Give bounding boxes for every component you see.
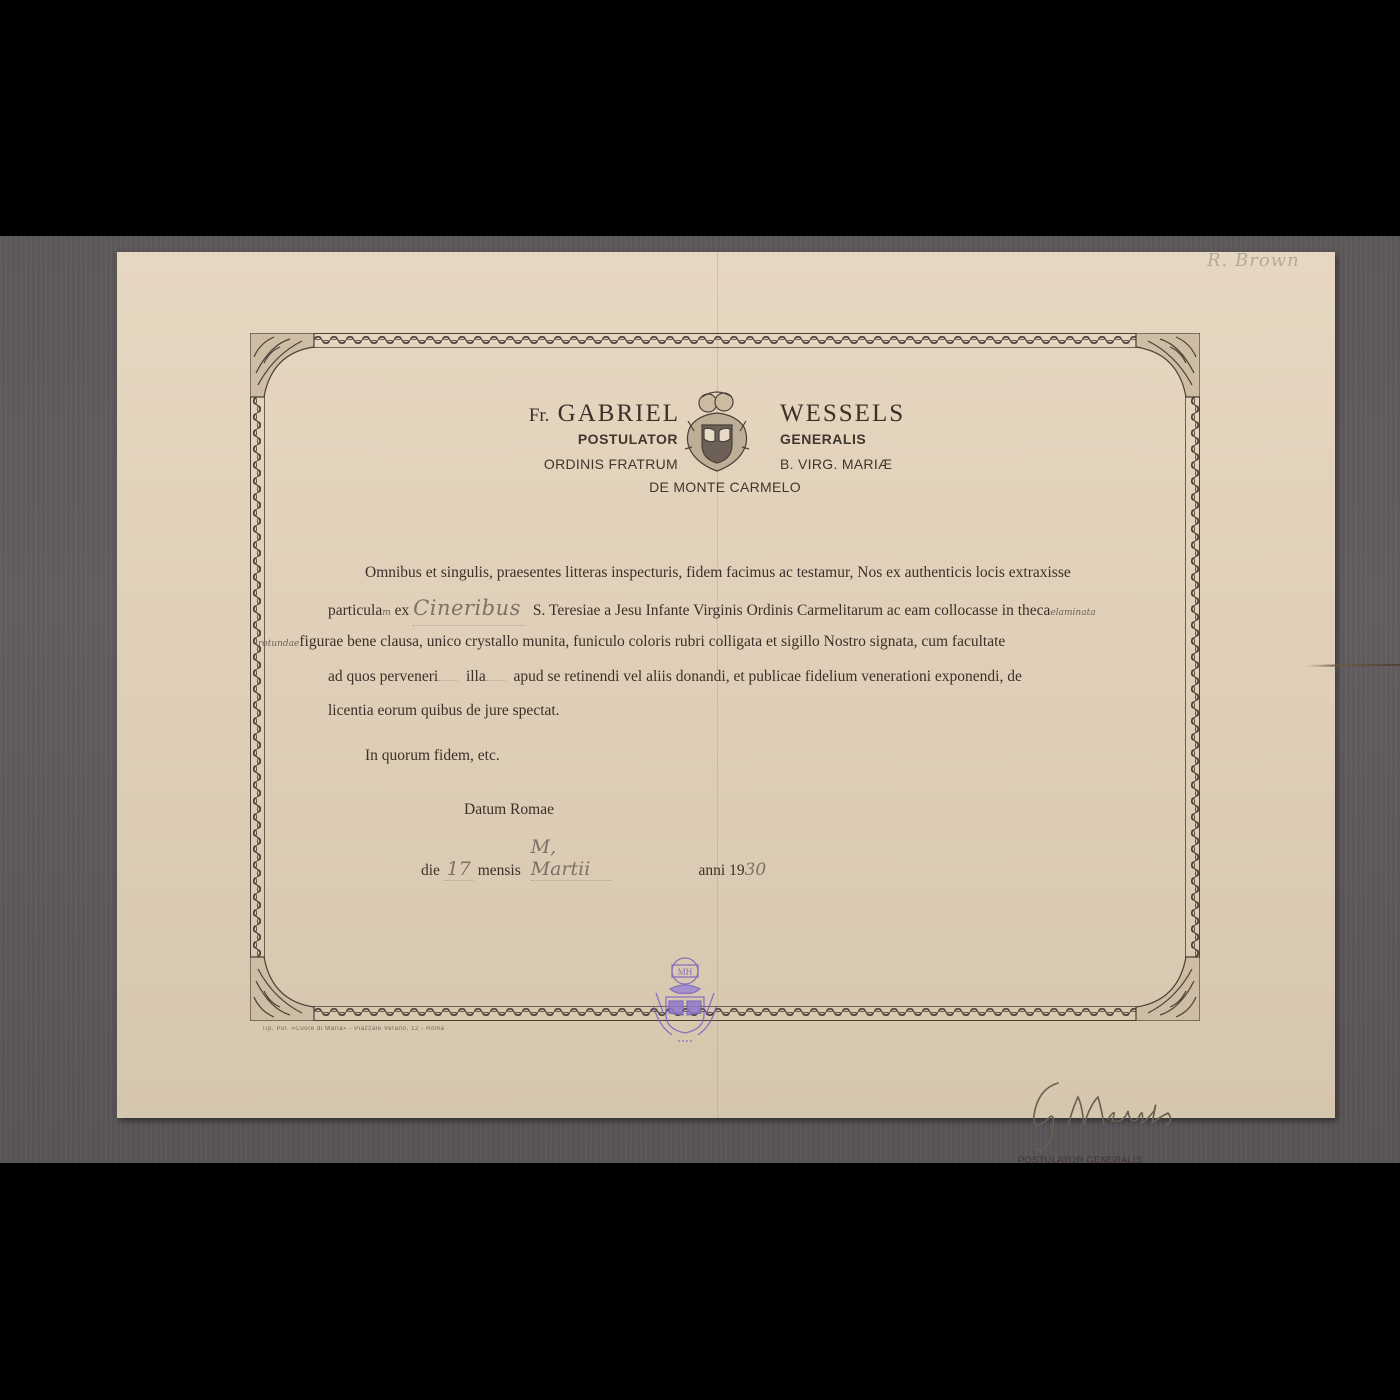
title-left: POSTULATOR — [578, 431, 678, 447]
handwritten-margin: rotundae — [258, 639, 299, 649]
certificate-body: Omnibus et singulis, praesentes litteras… — [328, 556, 1168, 773]
text-apud: apud se retinendi vel aliis donandi, et … — [514, 668, 1022, 685]
body-line-4: ad quos perveneri illa apud se retinendi… — [328, 660, 1168, 695]
purple-seal-stamp: MH — [648, 955, 722, 1050]
handwritten-month: M, Martii — [531, 836, 611, 881]
title-right: GENERALIS — [780, 431, 866, 447]
letterhead-last-name: WESSELS — [780, 400, 905, 428]
anni-label: anni — [699, 862, 726, 879]
prefix: Fr. — [529, 405, 550, 426]
seal-monogram: MH — [678, 967, 693, 977]
order-right: B. VIRG. MARIÆ — [780, 456, 892, 472]
datum-romae: Datum Romae — [464, 801, 554, 819]
signature-label: POSTULATOR GENERALIS — [1018, 1155, 1143, 1166]
handwritten-year: 30 — [745, 860, 767, 880]
body-line-3: rotundaefigurae bene clausa, unico cryst… — [258, 625, 1168, 660]
text-ex: ex — [395, 602, 410, 619]
text-figurae: figurae bene clausa, unico crystallo mun… — [299, 633, 1005, 650]
body-line-2: particulam ex Cineribus S. Teresiae a Je… — [328, 591, 1168, 626]
handwritten-relic: Cineribus — [413, 591, 525, 627]
body-line-5: licentia eorum quibus de jure spectat. — [328, 694, 1168, 729]
coat-of-arms-icon — [682, 391, 752, 477]
first-name: GABRIEL — [558, 400, 680, 427]
handwritten-signature — [1008, 1075, 1208, 1160]
text-illa: illa — [466, 668, 486, 685]
certificate-content: Fr. GABRIEL WESSELS POSTULATOR GENERALIS… — [250, 333, 1200, 1021]
text-teresia: S. Teresiae a Jesu Infante Virginis Ordi… — [533, 602, 1051, 619]
order-left: ORDINIS FRATRUM — [544, 456, 678, 472]
year-printed: 19 — [729, 862, 745, 879]
text-particula: particula — [328, 602, 382, 619]
letterhead-first-name: Fr. GABRIEL — [529, 400, 680, 428]
die-label: die — [421, 862, 440, 879]
body-line-1: Omnibus et singulis, praesentes litteras… — [328, 556, 1168, 591]
handwritten-day: 17 — [444, 858, 474, 881]
mensis-label: mensis — [478, 862, 521, 879]
certificate-paper: R. Brown — [117, 252, 1335, 1118]
text-ad-quos: ad quos perveneri — [328, 668, 438, 685]
closing-formula: In quorum fidem, etc. — [328, 739, 1168, 774]
pencil-annotation: R. Brown — [1207, 250, 1300, 271]
printer-imprint: Tip. Pol. «Cuore di Maria» - Piazzale Ve… — [262, 1026, 445, 1032]
order-center: DE MONTE CARMELO — [250, 479, 1200, 495]
date-line: die 17 mensis M, Martii anni 1930 — [421, 836, 766, 881]
handwritten-shape: elaminata — [1050, 608, 1095, 618]
handwritten-suffix: m — [382, 608, 391, 618]
